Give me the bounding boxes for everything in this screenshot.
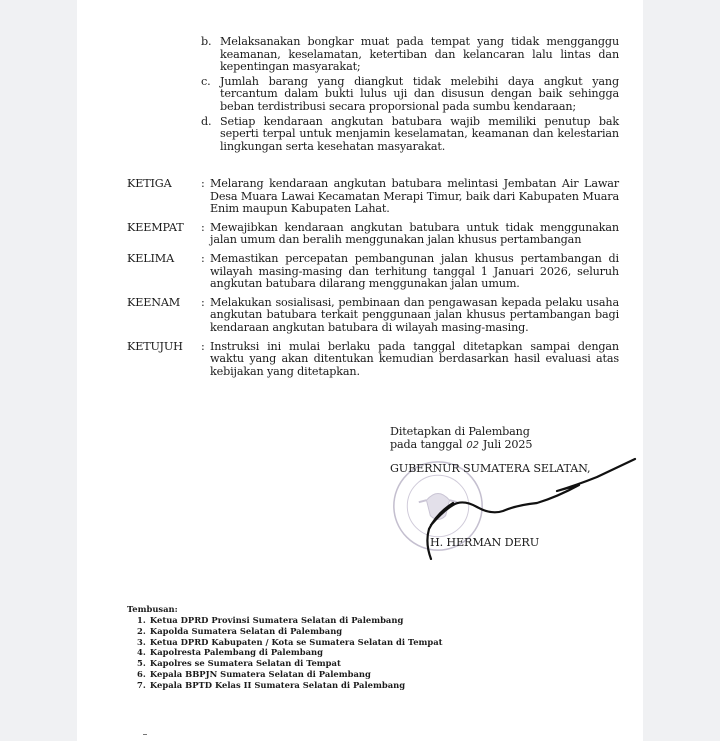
clause-text: Mewajibkan kendaraan angkutan batubara u… — [210, 222, 619, 247]
carbon-copy-item: 4. Kapolresta Palembang di Palembang — [137, 647, 527, 658]
carbon-copy-heading: Tembusan: — [127, 604, 527, 615]
clause-key: KELIMA — [127, 253, 199, 266]
clause-colon: : — [201, 297, 205, 310]
sub-item-letter: b. — [201, 36, 211, 49]
clause-list: KETIGA : Melarang kendaraan angkutan bat… — [127, 178, 619, 384]
document-page: b. Melaksanakan bongkar muat pada tempat… — [77, 0, 643, 741]
clause-colon: : — [201, 222, 205, 235]
clause-text: Memastikan percepatan pembangunan jalan … — [210, 253, 619, 291]
clause-colon: : — [201, 178, 205, 191]
clause-colon: : — [201, 341, 205, 354]
carbon-copy-item: 3. Ketua DPRD Kabupaten / Kota se Sumate… — [137, 637, 527, 648]
signature-place-date: Ditetapkan di Palembang pada tanggal02Ju… — [390, 426, 630, 452]
carbon-copy-item: 7. Kepala BPTD Kelas II Sumatera Selatan… — [137, 680, 527, 691]
date-line: pada tanggal02Juli 2025 — [390, 439, 630, 453]
clause-text: Instruksi ini mulai berlaku pada tanggal… — [210, 341, 619, 379]
scan-mark — [143, 734, 147, 735]
carbon-copy-list: Tembusan: 1. Ketua DPRD Provinsi Sumater… — [127, 604, 527, 691]
handwritten-date: 02 — [466, 440, 478, 451]
sub-item-letter: d. — [201, 116, 211, 129]
sub-item-c: c. Jumlah barang yang diangkut tidak mel… — [201, 76, 619, 114]
clause-key: KEENAM — [127, 297, 199, 310]
clause-ketiga: KETIGA : Melarang kendaraan angkutan bat… — [127, 178, 619, 216]
carbon-copy-item: 6. Kepala BBPJN Sumatera Selatan di Pale… — [137, 669, 527, 680]
clause-text: Melarang kendaraan angkutan batubara mel… — [210, 178, 619, 216]
clause-kelima: KELIMA : Memastikan percepatan pembangun… — [127, 253, 619, 291]
clause-key: KETUJUH — [127, 341, 199, 354]
sub-item-d: d. Setiap kendaraan angkutan batubara wa… — [201, 116, 619, 154]
sub-item-text: Melaksanakan bongkar muat pada tempat ya… — [220, 35, 619, 73]
sub-item-text: Jumlah barang yang diangkut tidak melebi… — [220, 75, 619, 113]
official-title: GUBERNUR SUMATERA SELATAN, — [390, 463, 590, 476]
clause-key: KEEMPAT — [127, 222, 199, 235]
date-suffix: Juli 2025 — [483, 438, 533, 451]
carbon-copy-item: 5. Kapolres se Sumatera Selatan di Tempa… — [137, 658, 527, 669]
sub-item-list: b. Melaksanakan bongkar muat pada tempat… — [201, 36, 619, 155]
sub-item-letter: c. — [201, 76, 211, 89]
clause-colon: : — [201, 253, 205, 266]
clause-keenam: KEENAM : Melakukan sosialisasi, pembinaa… — [127, 297, 619, 335]
clause-ketujuh: KETUJUH : Instruksi ini mulai berlaku pa… — [127, 341, 619, 379]
clause-text: Melakukan sosialisasi, pembinaan dan pen… — [210, 297, 619, 335]
signer-name: H. HERMAN DERU — [430, 537, 539, 550]
date-prefix: pada tanggal — [390, 438, 462, 451]
sub-item-b: b. Melaksanakan bongkar muat pada tempat… — [201, 36, 619, 74]
clause-keempat: KEEMPAT : Mewajibkan kendaraan angkutan … — [127, 222, 619, 247]
carbon-copy-item: 2. Kapolda Sumatera Selatan di Palembang — [137, 626, 527, 637]
clause-key: KETIGA — [127, 178, 199, 191]
sub-item-text: Setiap kendaraan angkutan batubara wajib… — [220, 115, 619, 153]
carbon-copy-item: 1. Ketua DPRD Provinsi Sumatera Selatan … — [137, 615, 527, 626]
